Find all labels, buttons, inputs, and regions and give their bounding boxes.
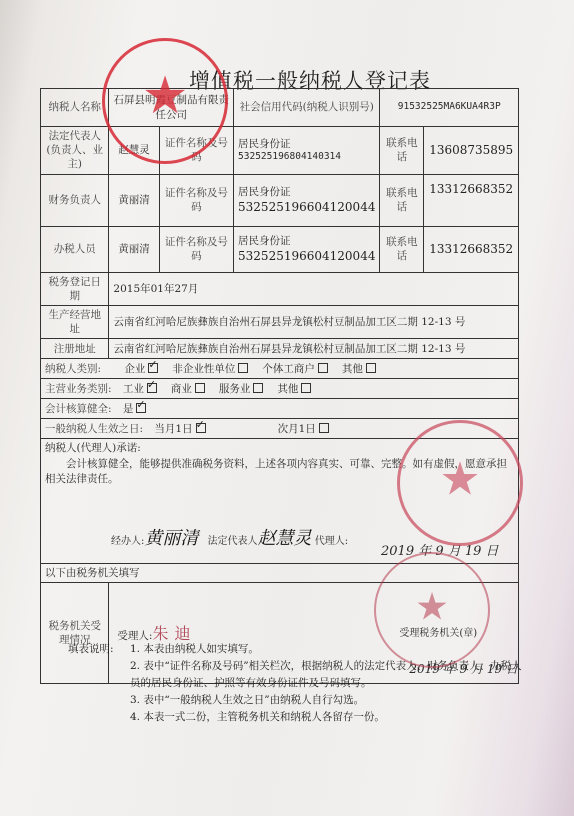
accounting-row: 会计核算健全: 是 <box>41 399 519 419</box>
effective-date-label: 一般纳税人生效之日: <box>45 423 143 435</box>
handler-label: 经办人: <box>111 536 144 547</box>
reg-date-value: 2015年01年27月 <box>109 272 519 305</box>
promise-section: 纳税人(代理人)承诺: 会计核算健全，能够提供准确税务资料，上述各项内容真实、可… <box>41 439 519 564</box>
checkbox-option[interactable]: 服务业 <box>219 382 264 396</box>
form-notes: 填表说明: 1. 本表由纳税人如实填写。 2. 表中“证件名称及号码”相关栏次，… <box>68 641 530 726</box>
proxy-label: 代理人: <box>315 536 348 547</box>
checkbox-option[interactable]: 商业 <box>171 382 205 396</box>
checkbox-label: 是 <box>123 403 134 415</box>
legal-rep-label: 法定代表人(负责人、业主) <box>41 127 109 175</box>
agent-id-label: 证件名称及号码 <box>159 226 233 272</box>
agent-id-type: 居民身份证 <box>238 234 375 248</box>
checkbox-option[interactable]: 其他 <box>277 382 311 396</box>
accounting-label: 会计核算健全: <box>45 403 112 415</box>
checkbox-label: 工业 <box>123 383 144 395</box>
legal-rep-phone-label: 联系电话 <box>380 127 424 175</box>
checked-box-icon[interactable] <box>196 423 206 433</box>
biz-addr-value: 云南省红河哈尼族彝族自治州石屏县异龙镇松村豆制品加工区二期 12-13 号 <box>109 305 519 338</box>
legal-rep-sign-label: 法定代表人 <box>208 536 258 547</box>
finance-id-label: 证件名称及号码 <box>159 174 233 226</box>
legal-rep-name: 赵慧灵 <box>109 127 159 175</box>
reg-date-label: 税务登记日期 <box>41 272 109 305</box>
legal-rep-id-number: 532525196804140314 <box>238 151 375 164</box>
finance-id-cell: 居民身份证 532525196604120044 <box>234 174 380 226</box>
finance-id-type: 居民身份证 <box>238 185 375 199</box>
taxpayer-name-label: 纳税人名称 <box>41 89 109 127</box>
note-item: 1. 本表由纳税人如实填写。 <box>130 641 530 658</box>
checkbox-option[interactable]: 当月1日 <box>154 422 205 436</box>
business-type-row: 主营业务类别: 工业商业服务业其他 <box>41 379 519 399</box>
effective-date-options: 当月1日次月1日 <box>152 423 398 435</box>
empty-box-icon[interactable] <box>253 383 263 393</box>
notes-label: 填表说明: <box>68 641 128 658</box>
checkbox-option[interactable]: 非企业性单位 <box>172 362 248 376</box>
note-item: 4. 本表一式二份，主管税务机关和纳税人各留存一份。 <box>130 709 530 726</box>
finance-phone: 13312668352 <box>424 174 519 226</box>
taxpayer-type-label: 纳税人类别: <box>45 363 101 375</box>
note-item: 3. 表中“一般纳税人生效之日”由纳税人自行勾选。 <box>130 692 530 709</box>
checkbox-label: 其他 <box>277 383 298 395</box>
legal-rep-signature: 赵慧灵 <box>258 528 312 549</box>
checkbox-option[interactable]: 个体工商户 <box>262 362 328 376</box>
credit-code-label: 社会信用代码(纳税人识别号) <box>234 89 380 127</box>
finance-id-number: 532525196604120044 <box>238 199 375 215</box>
checkbox-label: 当月1日 <box>154 423 192 435</box>
agent-id-cell: 居民身份证 532525196604120044 <box>234 226 380 272</box>
document-page: 增值税一般纳税人登记表 纳税人名称 石屏县明霞豆制品有限责任公司 社会信用代码(… <box>0 0 574 816</box>
business-type-label: 主营业务类别: <box>45 383 112 395</box>
tax-office-header: 以下由税务机关填写 <box>41 564 519 583</box>
office-seal-label: 受理税务机关(章) <box>399 627 477 641</box>
effective-date-row: 一般纳税人生效之日: 当月1日次月1日 <box>41 419 519 439</box>
business-type-options: 工业商业服务业其他 <box>121 383 324 395</box>
legal-rep-id-label: 证件名称及号码 <box>159 127 233 175</box>
agent-name: 黄丽清 <box>109 226 159 272</box>
checkbox-label: 次月1日 <box>278 423 316 435</box>
agent-id-number: 532525196604120044 <box>238 248 375 264</box>
handler-signature: 黄丽清 <box>144 528 198 549</box>
empty-box-icon[interactable] <box>319 423 329 433</box>
finance-phone-label: 联系电话 <box>380 174 424 226</box>
taxpayer-type-options: 企业非企业性单位个体工商户其他 <box>122 363 388 375</box>
empty-box-icon[interactable] <box>195 383 205 393</box>
agent-phone: 13312668352 <box>424 226 519 272</box>
checkbox-label: 服务业 <box>219 383 251 395</box>
agent-label: 办税人员 <box>41 226 109 272</box>
reg-addr-label: 注册地址 <box>41 339 109 359</box>
promise-date: 2019 年 9 月 19 日 <box>381 543 499 561</box>
checkbox-option[interactable]: 其他 <box>342 362 376 376</box>
signature-line: 经办人:黄丽清 法定代表人赵慧灵 代理人: <box>111 527 348 551</box>
promise-body: 会计核算健全，能够提供准确税务资料，上述各项内容真实、可靠、完整。如有虚假，愿意… <box>45 457 514 485</box>
checkbox-option[interactable]: 工业 <box>123 382 157 396</box>
checked-box-icon[interactable] <box>136 403 146 413</box>
checked-box-icon[interactable] <box>148 363 158 373</box>
legal-rep-phone: 13608735895 <box>424 127 519 175</box>
checkbox-label: 其他 <box>342 363 363 375</box>
empty-box-icon[interactable] <box>301 383 311 393</box>
checkbox-label: 商业 <box>171 383 192 395</box>
taxpayer-type-row: 纳税人类别: 企业非企业性单位个体工商户其他 <box>41 359 519 379</box>
credit-code-value: 91532525MA6KUA4R3P <box>380 89 519 127</box>
checkbox-label: 个体工商户 <box>262 363 315 375</box>
note-item: 2. 表中“证件名称及号码”相关栏次，根据纳税人的法定代表人、财务负责人、办税人… <box>130 658 530 692</box>
registration-table: 纳税人名称 石屏县明霞豆制品有限责任公司 社会信用代码(纳税人识别号) 9153… <box>40 88 519 684</box>
checkbox-option[interactable]: 企业 <box>124 362 158 376</box>
finance-label: 财务负责人 <box>41 174 109 226</box>
empty-box-icon[interactable] <box>238 363 248 373</box>
accounting-options: 是 <box>121 403 159 415</box>
reg-addr-value: 云南省红河哈尼族彝族自治州石屏县异龙镇松村豆制品加工区二期 12-13 号 <box>109 339 519 359</box>
checkbox-label: 非企业性单位 <box>172 363 235 375</box>
checked-box-icon[interactable] <box>147 383 157 393</box>
legal-rep-id-cell: 居民身份证 532525196804140314 <box>234 127 380 175</box>
checkbox-option[interactable]: 是 <box>123 402 147 416</box>
agent-phone-label: 联系电话 <box>380 226 424 272</box>
finance-name: 黄丽清 <box>109 174 159 226</box>
biz-addr-label: 生产经营地址 <box>41 305 109 338</box>
promise-heading: 纳税人(代理人)承诺: <box>45 441 514 455</box>
checkbox-label: 企业 <box>124 363 145 375</box>
taxpayer-name-value: 石屏县明霞豆制品有限责任公司 <box>109 89 234 127</box>
legal-rep-id-type: 居民身份证 <box>238 137 375 151</box>
empty-box-icon[interactable] <box>366 363 376 373</box>
checkbox-option[interactable]: 次月1日 <box>278 422 329 436</box>
empty-box-icon[interactable] <box>318 363 328 373</box>
